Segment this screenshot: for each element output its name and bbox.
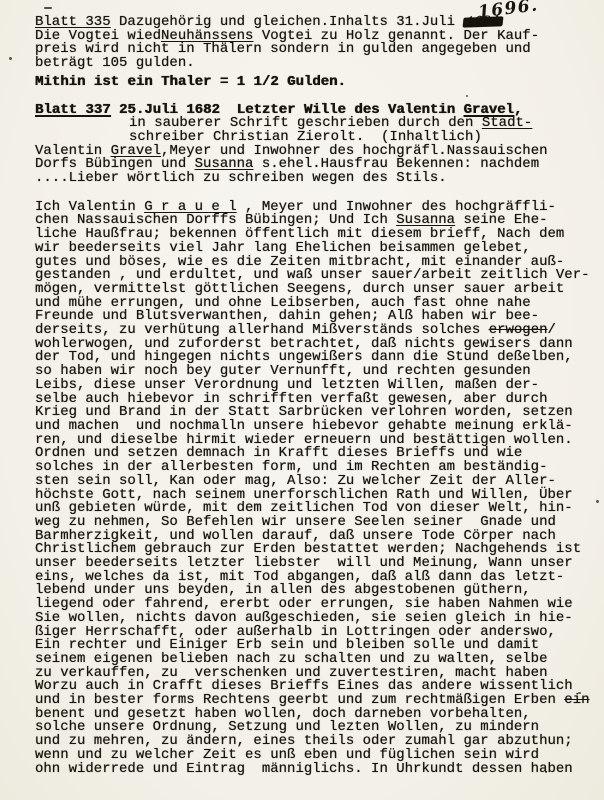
text-segment: ohn widerrede und Eintrag männiglichs. I… xyxy=(35,761,573,777)
document-page: 1696. Blatt 335 Dazugehörig und gleichen… xyxy=(0,0,604,800)
scan-speckle xyxy=(44,7,52,9)
struck-out-date: 1684 xyxy=(463,16,504,27)
text-segment: Mithin ist ein Thaler = 1 1/2 Gulden. xyxy=(35,74,346,90)
text-line: ....Lieber wörtlich zu schreiben wegen d… xyxy=(35,172,578,186)
text-line: ohn widerrede und Eintrag männiglichs. I… xyxy=(35,763,578,777)
text-line: beträgt 105 gulden. xyxy=(35,57,578,71)
text-segment: beträgt 105 gulden. xyxy=(35,55,195,71)
scan-speckle xyxy=(545,771,547,773)
scan-speckle xyxy=(466,95,468,97)
struck-out-text: ein xyxy=(564,692,589,708)
testament-body-text: Ich Valentin G r a u e l , Meyer und Inw… xyxy=(35,201,578,777)
blatt-335-entry: Blatt 335 Dazugehörig und gleichen.Inhal… xyxy=(35,16,578,90)
scan-speckle xyxy=(578,692,581,694)
text-segment: Blatt 337 xyxy=(35,102,111,118)
text-segment: Stadt- xyxy=(482,115,532,131)
text-line: Mithin ist ein Thaler = 1 1/2 Gulden. xyxy=(35,76,578,90)
text-segment xyxy=(111,102,119,118)
blatt-337-entry: Blatt 337 25.Juli 1682 Letzter Wille des… xyxy=(35,104,578,186)
text-segment: ....Lieber wörtlich zu schreiben wegen d… xyxy=(35,170,447,186)
scan-speckle xyxy=(596,500,599,503)
scan-speckle xyxy=(9,57,12,60)
